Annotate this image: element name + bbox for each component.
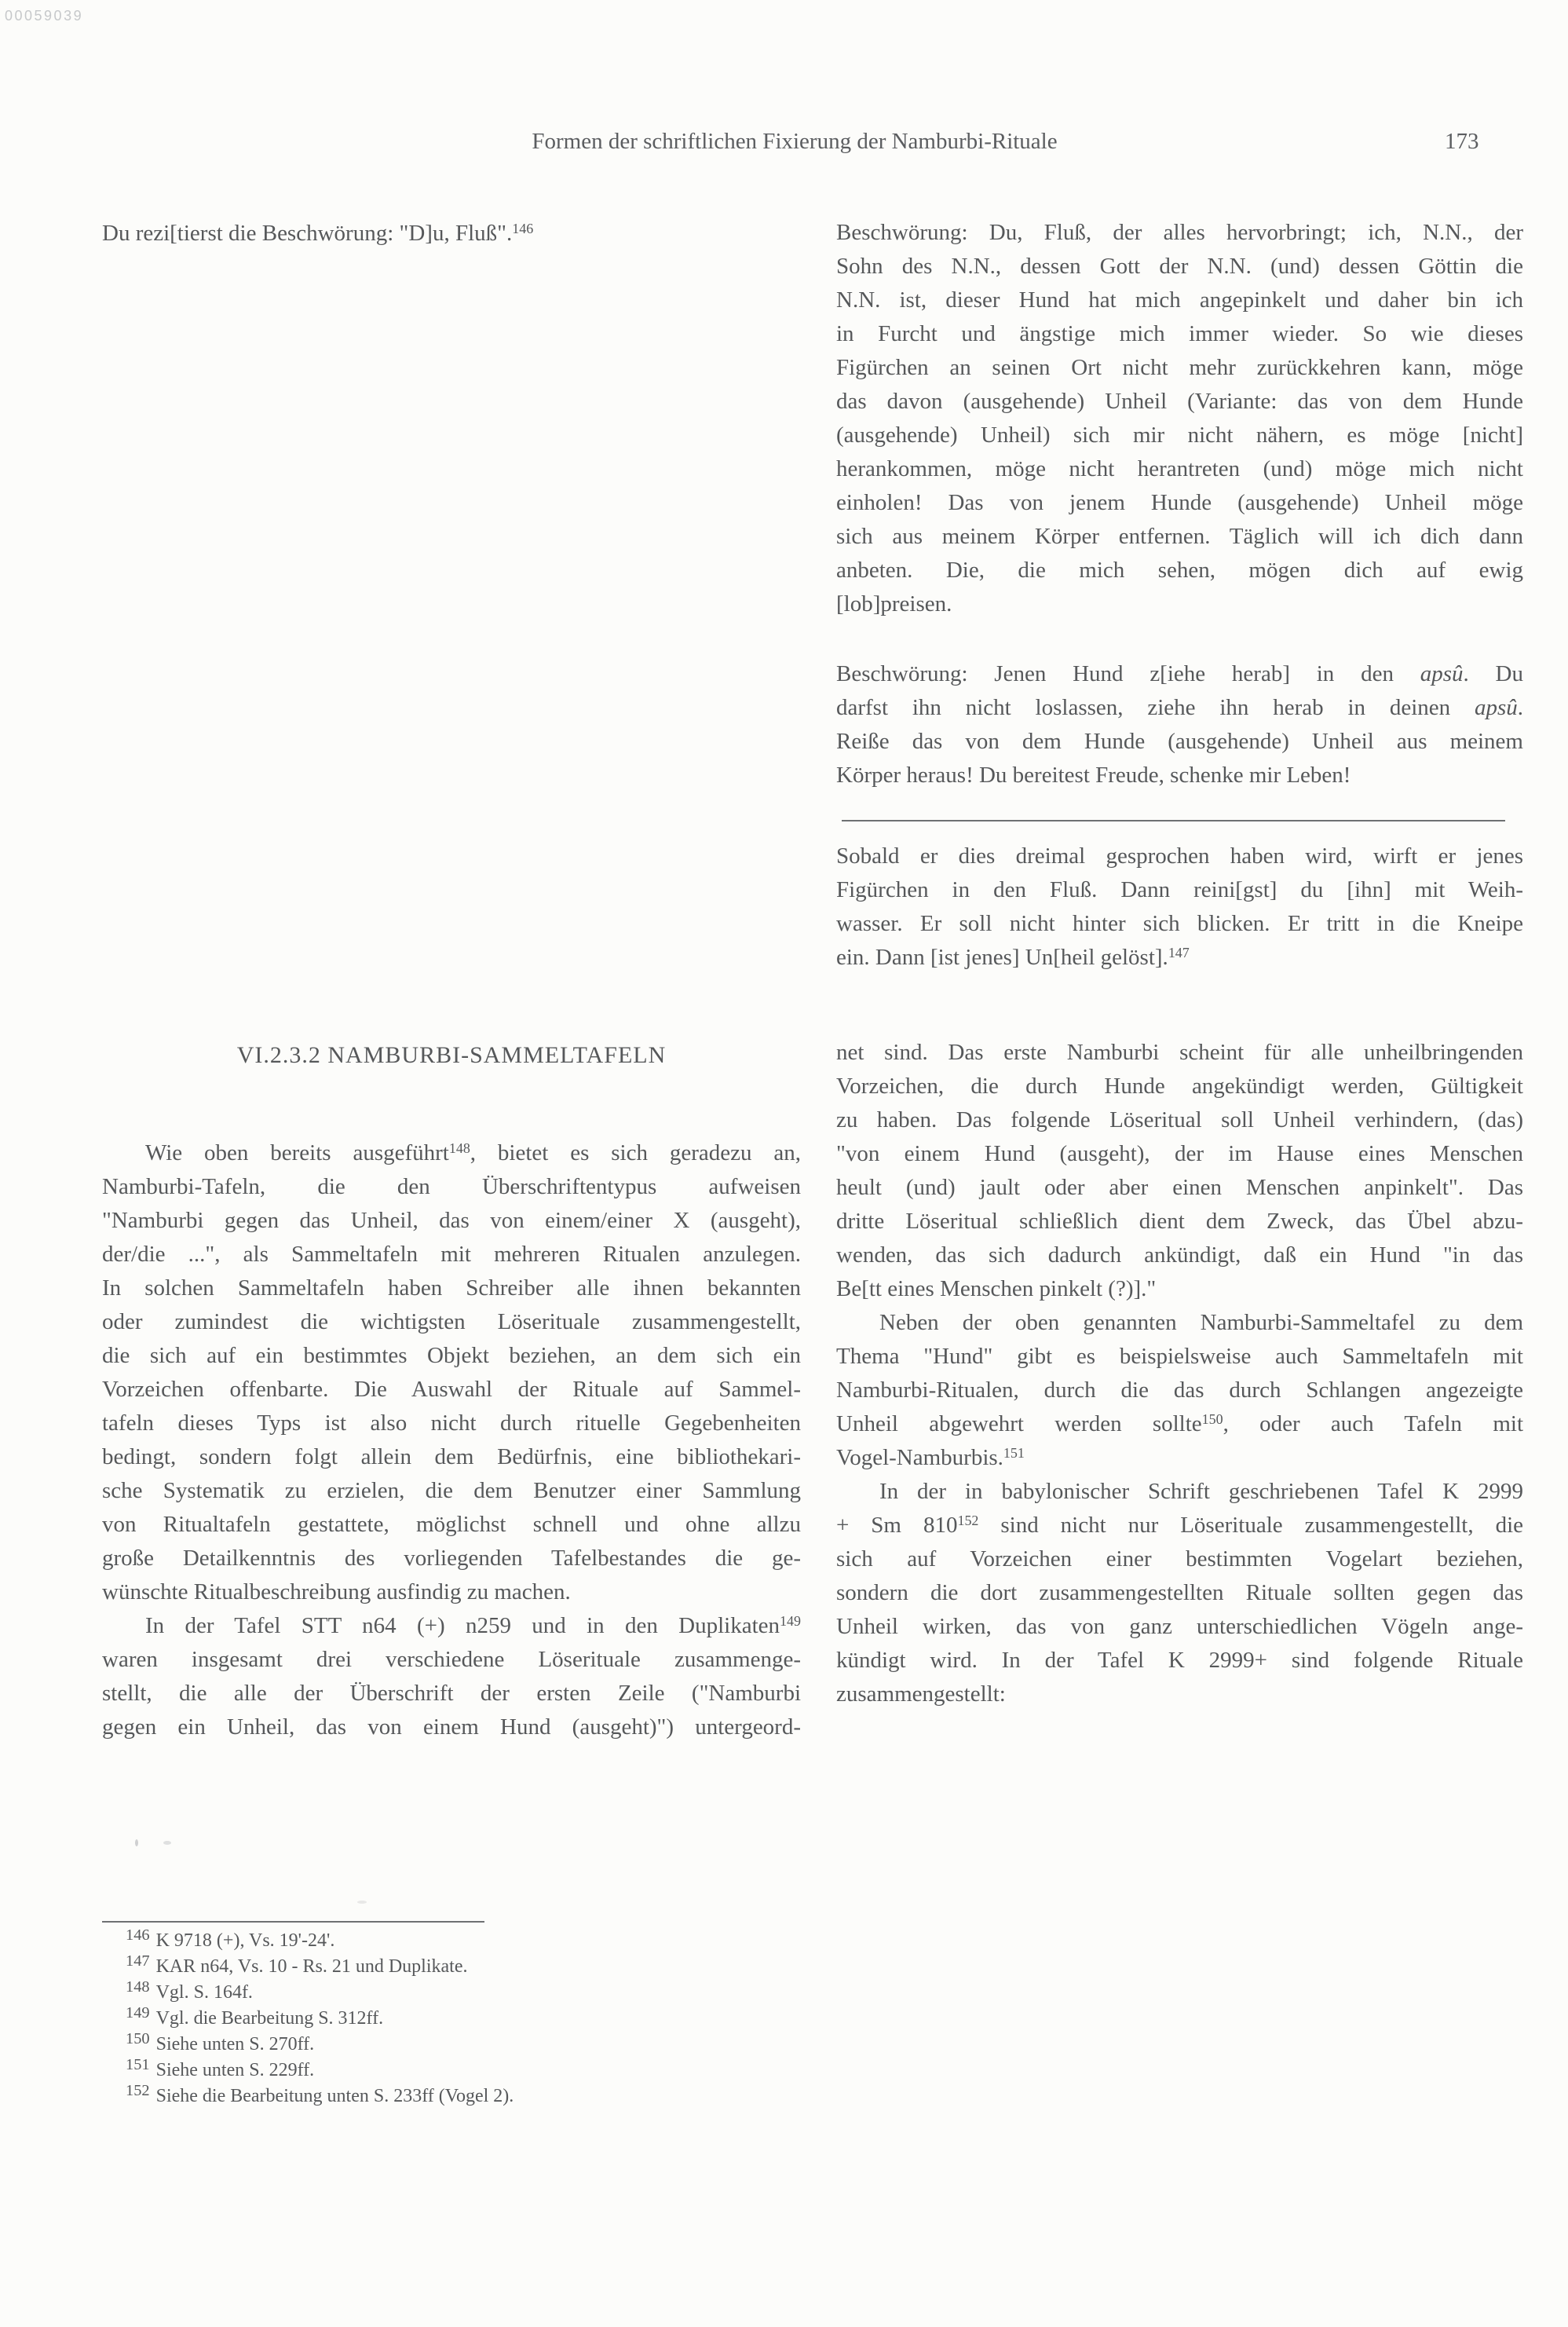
text-line: der/die ...", als Sammeltafeln mit mehre… xyxy=(102,1238,801,1271)
text-line: einholen! Das von jenem Hunde (ausgehend… xyxy=(836,486,1523,520)
text-line: [lob]preisen. xyxy=(836,587,1523,621)
footnote: 149Vgl. die Bearbeitung S. 312ff. xyxy=(126,2006,989,2032)
footnote: 152Siehe die Bearbeitung unten S. 233ff … xyxy=(126,2084,989,2109)
text-line: anbeten. Die, die mich sehen, mögen dich… xyxy=(836,554,1523,587)
text-line: heult (und) jault oder aber einen Mensch… xyxy=(836,1171,1523,1205)
text-line: herankommen, möge nicht herantreten (und… xyxy=(836,452,1523,486)
text-line: kündigt wird. In der Tafel K 2999+ sind … xyxy=(836,1644,1523,1678)
footnote-text: KAR n64, Vs. 10 - Rs. 21 und Duplikate. xyxy=(156,1956,468,1977)
text-line: In der in babylonischer Schrift geschrie… xyxy=(836,1475,1523,1509)
text-line: Neben der oben genannten Namburbi-Sammel… xyxy=(836,1306,1523,1340)
text-line: wasser. Er soll nicht hinter sich blicke… xyxy=(836,907,1523,941)
footnote: 151Siehe unten S. 229ff. xyxy=(126,2058,989,2084)
footnote-number: 146 xyxy=(126,1926,150,1944)
text-line: Du rezi[tierst die Beschwörung: "D]u, Fl… xyxy=(102,217,801,251)
footnote-number: 148 xyxy=(126,1978,150,1996)
footnote-text: Siehe unten S. 229ff. xyxy=(156,2060,315,2080)
incantation-text-2: Beschwörung: Jenen Hund z[iehe herab] in… xyxy=(836,657,1523,792)
footnote-text: Vgl. S. 164f. xyxy=(156,1982,253,2003)
text-line: Beschwörung: Du, Fluß, der alles hervorb… xyxy=(836,216,1523,250)
text-line: Namburbi-Ritualen, durch die das durch S… xyxy=(836,1374,1523,1407)
text-line: Vorzeichen offenbarte. Die Auswahl der R… xyxy=(102,1373,801,1407)
footnotes-block: 146K 9718 (+), Vs. 19'-24'.147KAR n64, V… xyxy=(126,1928,989,2109)
text-line: Sobald er dies dreimal gesprochen haben … xyxy=(836,840,1523,873)
text-line: die sich auf ein bestimmtes Objekt bezie… xyxy=(102,1339,801,1373)
section-heading: VI.2.3.2 NAMBURBI-SAMMELTAFELN xyxy=(102,1038,801,1072)
text-line: Körper heraus! Du bereitest Freude, sche… xyxy=(836,759,1523,792)
text-line: zu haben. Das folgende Löseritual soll U… xyxy=(836,1103,1523,1137)
text-line: bedingt, sondern folgt allein dem Bedürf… xyxy=(102,1440,801,1474)
text-line: darfst ihn nicht loslassen, ziehe ihn he… xyxy=(836,691,1523,725)
scan-speck xyxy=(135,1839,138,1846)
text-line: Beschwörung: Jenen Hund z[iehe herab] in… xyxy=(836,657,1523,691)
text-line: große Detailkenntnis des vorliegenden Ta… xyxy=(102,1542,801,1575)
text-line: Thema "Hund" gibt es beispielsweise auch… xyxy=(836,1340,1523,1374)
text-line: das davon (ausgehende) Unheil (Variante:… xyxy=(836,385,1523,419)
footnote-text: Siehe die Bearbeitung unten S. 233ff (Vo… xyxy=(156,2086,514,2106)
text-line: Reiße das von dem Hunde (ausgehende) Unh… xyxy=(836,725,1523,759)
footnote-separator-rule xyxy=(102,1921,484,1923)
incantation-separator-rule xyxy=(842,820,1505,821)
running-header-title: Formen der schriftlichen Fixierung der N… xyxy=(79,127,1511,155)
paragraph-k2999: In der in babylonischer Schrift geschrie… xyxy=(836,1475,1523,1711)
text-line: (ausgehende) Unheil) sich mir nicht nähe… xyxy=(836,419,1523,452)
footnote-number: 149 xyxy=(126,2004,150,2021)
text-line: Figürchen in den Fluß. Dann reini[gst] d… xyxy=(836,873,1523,907)
text-line: N.N. ist, dieser Hund hat mich angepinke… xyxy=(836,284,1523,317)
right-column-lower-block: net sind. Das erste Namburbi scheint für… xyxy=(836,1036,1523,1711)
text-line: In der Tafel STT n64 (+) n259 und in den… xyxy=(102,1609,801,1643)
footnote-number: 151 xyxy=(126,2056,150,2073)
text-line: Be[tt eines Menschen pinkelt (?)]." xyxy=(836,1272,1523,1306)
page-number: 173 xyxy=(1445,127,1479,155)
text-line: sche Systematik zu erzielen, die dem Ben… xyxy=(102,1474,801,1508)
text-line: Vorzeichen, die durch Hunde angekündigt … xyxy=(836,1070,1523,1103)
text-line: stellt, die alle der Überschrift der ers… xyxy=(102,1677,801,1710)
left-column-paragraph-2: In der Tafel STT n64 (+) n259 und in den… xyxy=(102,1609,801,1744)
incantation-text-1: Beschwörung: Du, Fluß, der alles hervorb… xyxy=(836,216,1523,621)
text-line: dritte Löseritual schließlich dient dem … xyxy=(836,1205,1523,1239)
text-line: + Sm 810152 sind nicht nur Löserituale z… xyxy=(836,1509,1523,1542)
footnote: 147KAR n64, Vs. 10 - Rs. 21 und Duplikat… xyxy=(126,1954,989,1980)
scan-stamp-number: 00059039 xyxy=(5,8,83,24)
left-column-intro-line: Du rezi[tierst die Beschwörung: "D]u, Fl… xyxy=(102,217,801,251)
footnote-number: 150 xyxy=(126,2030,150,2047)
footnote-text: Siehe unten S. 270ff. xyxy=(156,2034,315,2054)
footnote-text: K 9718 (+), Vs. 19'-24'. xyxy=(156,1930,335,1951)
text-line: wünschte Ritualbeschreibung ausfindig zu… xyxy=(102,1575,801,1609)
text-line: net sind. Das erste Namburbi scheint für… xyxy=(836,1036,1523,1070)
text-line: wenden, das sich dadurch ankündigt, daß … xyxy=(836,1239,1523,1272)
scan-speck xyxy=(357,1901,367,1904)
text-line: Wie oben bereits ausgeführt148, bietet e… xyxy=(102,1136,801,1170)
text-line: von Ritualtafeln gestattete, möglichst s… xyxy=(102,1508,801,1542)
text-line: "von einem Hund (ausgeht), der im Hause … xyxy=(836,1137,1523,1171)
text-line: oder zumindest die wichtigsten Löseritua… xyxy=(102,1305,801,1339)
text-line: sich auf Vorzeichen einer bestimmten Vog… xyxy=(836,1542,1523,1576)
text-line: tafeln dieses Typs ist also nicht durch … xyxy=(102,1407,801,1440)
paragraph-sammeltafeln: Neben der oben genannten Namburbi-Sammel… xyxy=(836,1306,1523,1475)
right-column-continuation: net sind. Das erste Namburbi scheint für… xyxy=(836,1036,1523,1306)
footnote: 148Vgl. S. 164f. xyxy=(126,1980,989,2006)
footnote-text: Vgl. die Bearbeitung S. 312ff. xyxy=(156,2008,384,2029)
footnote: 146K 9718 (+), Vs. 19'-24'. xyxy=(126,1928,989,1954)
text-line: Sohn des N.N., dessen Gott der N.N. (und… xyxy=(836,250,1523,284)
scan-speck xyxy=(163,1841,171,1845)
text-line: "Namburbi gegen das Unheil, das von eine… xyxy=(102,1204,801,1238)
text-line: zusammengestellt: xyxy=(836,1678,1523,1711)
ritual-instructions-text: Sobald er dies dreimal gesprochen haben … xyxy=(836,840,1523,975)
footnote-number: 152 xyxy=(126,2082,150,2099)
text-line: waren insgesamt drei verschiedene Löseri… xyxy=(102,1643,801,1677)
text-line: Vogel-Namburbis.151 xyxy=(836,1441,1523,1475)
text-line: Namburbi-Tafeln, die den Überschriftenty… xyxy=(102,1170,801,1204)
footnote: 150Siehe unten S. 270ff. xyxy=(126,2032,989,2058)
text-line: Unheil wirken, das von ganz unterschiedl… xyxy=(836,1610,1523,1644)
text-line: Unheil abgewehrt werden sollte150, oder … xyxy=(836,1407,1523,1441)
text-line: Figürchen an seinen Ort nicht mehr zurüc… xyxy=(836,351,1523,385)
scanned-book-page: 00059039 Formen der schriftlichen Fixier… xyxy=(0,0,1568,2327)
footnote-number: 147 xyxy=(126,1952,150,1970)
text-line: ein. Dann [ist jenes] Un[heil gelöst].14… xyxy=(836,941,1523,975)
text-line: In solchen Sammeltafeln haben Schreiber … xyxy=(102,1271,801,1305)
text-line: sich aus meinem Körper entfernen. Täglic… xyxy=(836,520,1523,554)
text-line: in Furcht und ängstige mich immer wieder… xyxy=(836,317,1523,351)
text-line: gegen ein Unheil, das von einem Hund (au… xyxy=(102,1710,801,1744)
left-column-paragraph-1: Wie oben bereits ausgeführt148, bietet e… xyxy=(102,1136,801,1609)
text-line: sondern die dort zusammengestellten Ritu… xyxy=(836,1576,1523,1610)
